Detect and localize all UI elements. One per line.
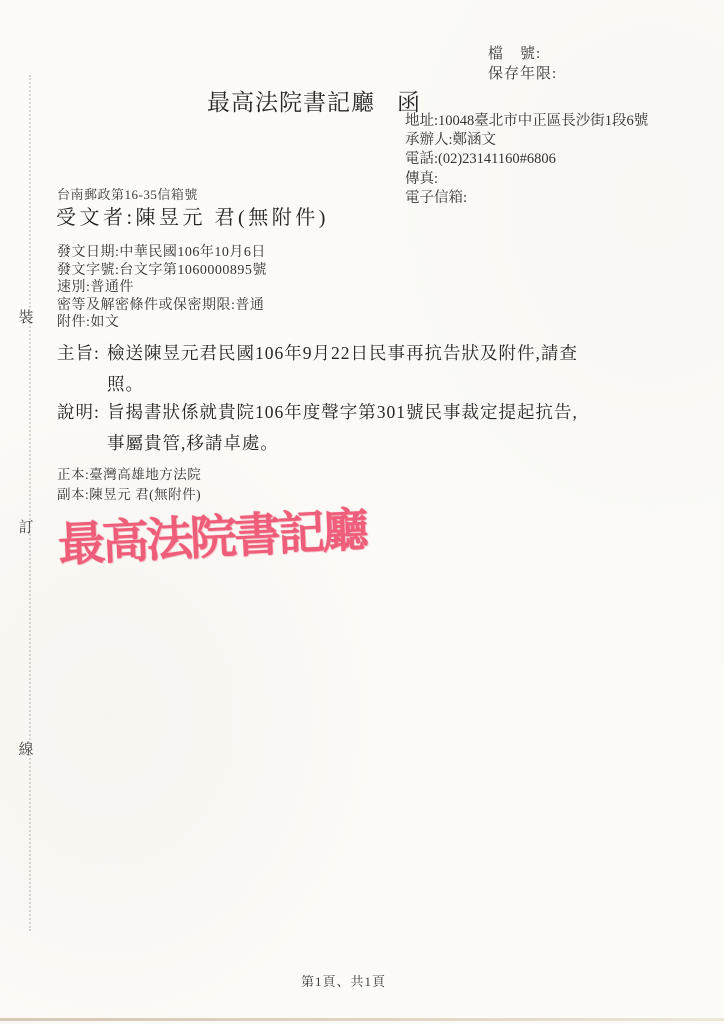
subject-label: 主旨: bbox=[57, 338, 100, 369]
file-number-block: 檔 號: 保存年限: bbox=[488, 44, 557, 84]
document-title: 最高法院書記廳函 bbox=[207, 84, 421, 117]
subject-line-1: 檢送陳昱元君民國106年9月22日民事再抗告狀及附件,請查 bbox=[107, 338, 657, 369]
description-paragraph: 說明: 旨揭書狀係就貴院106年度聲字第301號民事裁定提起抗告, 事屬貴管,移… bbox=[57, 397, 657, 459]
contact-phone: 電話:(02)23141160#6806 bbox=[405, 150, 648, 169]
binding-mark-zhuang: 裝 bbox=[13, 306, 39, 327]
description-line-1: 旨揭書狀係就貴院106年度聲字第301號民事裁定提起抗告, bbox=[107, 397, 657, 428]
retention-period-label: 保存年限: bbox=[488, 64, 557, 84]
recipient-addressee: 受文者:陳昱元 君(無附件) bbox=[56, 201, 329, 230]
contact-address: 地址:10048臺北市中正區長沙街1段6號 bbox=[405, 112, 648, 131]
attachment-note: 附件:如文 bbox=[57, 314, 267, 332]
binding-mark-xian: 線 bbox=[13, 738, 39, 759]
contact-person: 承辦人:鄭涵文 bbox=[405, 131, 648, 150]
binding-dotted-line bbox=[29, 75, 31, 931]
original-copy-recipient: 正本:臺灣高雄地方法院 bbox=[57, 465, 201, 485]
scanned-letter-page: 檔 號: 保存年限: 最高法院書記廳函 地址:10048臺北市中正區長沙街1段6… bbox=[0, 0, 724, 1024]
copies-block: 正本:臺灣高雄地方法院 副本:陳昱元 君(無附件) bbox=[57, 465, 201, 504]
file-number-label: 檔 號: bbox=[488, 44, 557, 64]
contact-block: 地址:10048臺北市中正區長沙街1段6號 承辦人:鄭涵文 電話:(02)231… bbox=[405, 112, 648, 208]
delivery-speed: 速別:普通件 bbox=[57, 279, 267, 297]
description-label: 說明: bbox=[57, 397, 100, 428]
subject-line-2: 照。 bbox=[107, 369, 657, 400]
security-classification: 密等及解密條件或保密期限:普通 bbox=[57, 297, 267, 315]
document-meta-block: 發文日期:中華民國106年10月6日 發文字號:台文字第1060000895號 … bbox=[57, 244, 267, 332]
issuing-org-name: 最高法院書記廳 bbox=[207, 90, 375, 115]
scan-edge-artifact bbox=[0, 1018, 724, 1021]
contact-fax: 傳真: bbox=[405, 170, 648, 189]
document-number: 發文字號:台文字第1060000895號 bbox=[57, 262, 267, 280]
page-number-footer: 第1頁、共1頁 bbox=[301, 971, 386, 990]
contact-email: 電子信箱: bbox=[405, 189, 648, 208]
issue-date: 發文日期:中華民國106年10月6日 bbox=[57, 244, 267, 262]
office-stamp: 最高法院書記廳 bbox=[56, 493, 367, 575]
binding-mark-ding: 訂 bbox=[13, 516, 39, 537]
subject-paragraph: 主旨: 檢送陳昱元君民國106年9月22日民事再抗告狀及附件,請查 照。 bbox=[57, 338, 657, 400]
description-line-2: 事屬貴管,移請卓處。 bbox=[107, 428, 657, 459]
